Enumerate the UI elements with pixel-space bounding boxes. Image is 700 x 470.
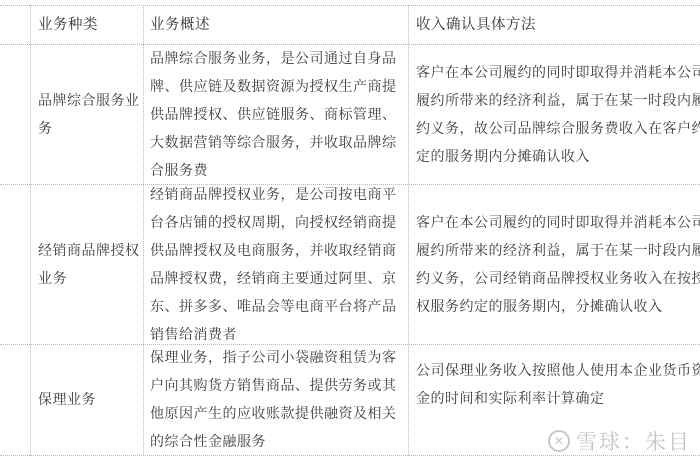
method-text: 公司保理业务收入按照他人使用本企业货币资金的时间和实际利率计算确定 <box>416 357 700 413</box>
table-row-3-overview: 保理业务，指子公司小袋融资租赁为客户向其购货方销售商品、提供劳务或其他原因产生的… <box>150 345 406 455</box>
overview-text: 保理业务，指子公司小袋融资租赁为客户向其购货方销售商品、提供劳务或其他原因产生的… <box>150 344 406 456</box>
table-row-1-method: 客户在本公司履约的同时即取得并消耗本公司履约所带来的经济利益，属于在某一时段内履… <box>416 45 700 184</box>
watermark-text: 雪球：朱目 <box>576 426 691 456</box>
header-method-label: 收入确认具体方法 <box>416 11 536 39</box>
category-text: 经销商品牌授权业务 <box>38 237 142 293</box>
header-overview: 业务概述 <box>150 6 405 44</box>
table-row-2-method: 客户在本公司履约的同时即取得并消耗本公司履约所带来的经济利益，属于在某一时段内履… <box>416 185 700 344</box>
column-divider <box>143 5 144 456</box>
header-overview-label: 业务概述 <box>150 11 210 39</box>
column-divider <box>30 5 31 456</box>
xueqiu-watermark: ✕ 雪球：朱目 <box>548 426 691 456</box>
header-category-label: 业务种类 <box>38 11 98 39</box>
table-row-3-method: 公司保理业务收入按照他人使用本企业货币资金的时间和实际利率计算确定 <box>416 345 700 425</box>
revenue-recognition-table: 业务种类 业务概述 收入确认具体方法 品牌综合服务业务 品牌综合服务业务，是公司… <box>0 0 700 470</box>
column-divider <box>408 5 409 456</box>
table-row-2-overview: 经销商品牌授权业务，是公司按电商平台各店铺的授权周期，向授权经销商提供品牌授权及… <box>150 185 406 344</box>
header-method: 收入确认具体方法 <box>416 6 700 44</box>
category-text: 保理业务 <box>38 386 96 414</box>
header-category: 业务种类 <box>38 6 138 44</box>
table-row-1-category: 品牌综合服务业务 <box>38 45 142 184</box>
method-text: 客户在本公司履约的同时即取得并消耗本公司履约所带来的经济利益，属于在某一时段内履… <box>416 59 700 171</box>
table-row-3-category: 保理业务 <box>38 345 142 455</box>
overview-text: 经销商品牌授权业务，是公司按电商平台各店铺的授权周期，向授权经销商提供品牌授权及… <box>150 181 406 349</box>
category-text: 品牌综合服务业务 <box>38 87 142 143</box>
method-text: 客户在本公司履约的同时即取得并消耗本公司履约所带来的经济利益，属于在某一时段内履… <box>416 209 700 321</box>
xueqiu-logo-icon: ✕ <box>548 430 570 452</box>
table-row-1-overview: 品牌综合服务业务，是公司通过自身品牌、供应链及数据资源为授权生产商提供品牌授权、… <box>150 45 406 184</box>
table-row-2-category: 经销商品牌授权业务 <box>38 185 142 344</box>
overview-text: 品牌综合服务业务，是公司通过自身品牌、供应链及数据资源为授权生产商提供品牌授权、… <box>150 45 406 185</box>
